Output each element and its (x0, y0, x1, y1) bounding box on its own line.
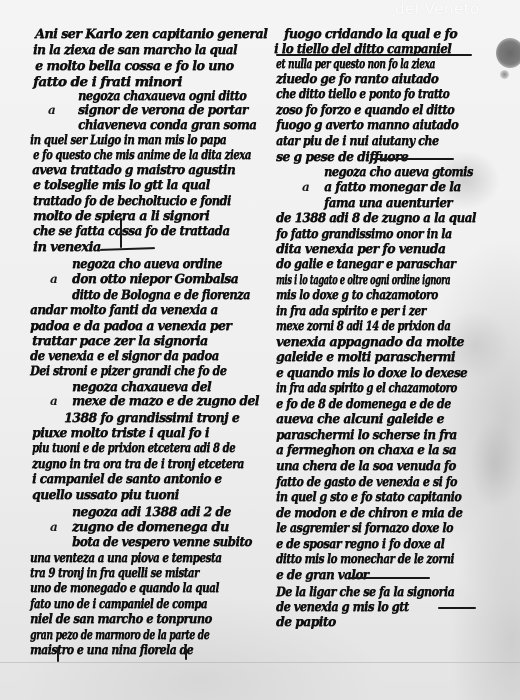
text-line: fama una auenturier (324, 196, 452, 212)
text-line: fuogo g averto manno aiutado (276, 118, 458, 134)
text-line: trattar pace zer la signoria (32, 334, 208, 350)
archive-watermark: del Veneto (395, 0, 480, 18)
text-line: e molto bella cossa e fo lo uno (35, 59, 233, 75)
text-line: i lo tiello del ditto campaniel (274, 42, 451, 58)
paragraph-marker: a (50, 520, 58, 534)
text-line: le asgremier si fornazo doxe lo (276, 521, 453, 537)
text-line: venexia appagnado da molte (276, 335, 464, 351)
text-line: chiaveneva conda gran soma (78, 118, 256, 134)
text-line: aveva trattado g maistro agustin (32, 163, 235, 179)
paragraph-marker: a (48, 103, 56, 117)
pen-stroke (57, 648, 59, 662)
text-line: in quel ser Luigo in man mis lo papa (30, 133, 226, 149)
text-line: paraschermi lo scherse in fra (276, 428, 457, 444)
text-line: atar piu de i nui aiutany che (276, 134, 439, 150)
rubric-line: negoza adi 1388 adi 2 de (72, 505, 231, 521)
text-line: padoa e da padoa a venexia per (30, 319, 231, 335)
text-line: piu tuoni e de prixion etcetera adi 8 de (32, 441, 235, 457)
text-line: mexe zorni 8 adi 14 de prixion da (276, 319, 450, 335)
text-line: galeide e molti paraschermi (276, 350, 455, 366)
text-line: do galie e tanegar e paraschar (276, 257, 455, 273)
rubric-line: negoza cho aueva gtomis (324, 165, 473, 181)
ink-blot (496, 38, 520, 68)
text-line: quello ussato piu tuoni (32, 488, 179, 504)
text-line: mis lo doxe g to chazamotoro (276, 288, 438, 304)
text-line: dita venexia per fo venuda (276, 242, 445, 258)
pen-stroke (120, 218, 122, 248)
text-line: i campaniel de santo antonio e (32, 472, 221, 488)
text-line: e fo questo che mis anime de la dita zie… (33, 148, 251, 164)
line-end-flourish (100, 247, 155, 251)
text-line: fatto de gasto de venexia e si fo (276, 475, 457, 491)
text-line: de venexia g mis lo gtt (276, 600, 409, 616)
line-end-flourish (438, 607, 476, 609)
text-line: de papito (276, 615, 336, 631)
text-line: e fo de 8 de domenega e de de (276, 397, 451, 413)
text-line: ditto mis lo monechar de le zorni (276, 552, 454, 568)
manuscript-page: del Veneto Ani ser Karlo zen capitanio g… (0, 0, 520, 700)
text-line: bota de vespero venne subito (72, 535, 252, 551)
text-line: in venexia (33, 240, 101, 256)
paragraph-marker: a (302, 180, 310, 194)
paper-stain (470, 420, 520, 510)
text-line: uno de monegado e quando la qual (30, 581, 219, 597)
text-line: gran pezo de marmoro de la parte de (30, 628, 209, 644)
text-line: e tolseglie mis lo gtt la qual (33, 178, 210, 194)
paragraph-marker: a (50, 272, 58, 286)
text-line: signor de verona de portar (78, 103, 248, 119)
text-line: de 1388 adi 8 de zugno a la qual (276, 211, 476, 227)
text-line: a fermeghon on chaxa e la sa (276, 443, 456, 459)
text-line: mexe de mazo e de zugno del (72, 394, 259, 410)
underline-stroke (276, 54, 472, 56)
ink-blot (500, 70, 509, 79)
text-line: don otto niepor Gombalsa (72, 272, 238, 288)
text-line: una chera de la soa venuda fo (276, 459, 456, 475)
text-line: tra 9 tronj in fra quelli se mistar (30, 566, 199, 582)
text-line: fato uno de i campaniel de compa (30, 597, 207, 613)
text-line: ziuedo ge fo ranto aiutado (276, 72, 438, 88)
text-line: aueva che alcuni galeide e (276, 412, 444, 428)
text-line: piuxe molto triste i qual fo i (32, 426, 209, 442)
text-line: andar molto fanti da venexia a (30, 303, 218, 319)
text-line: niel de san marcho e tonpruno (30, 612, 212, 628)
section-heading: Dei stroni e pizer grandi che fo de (30, 364, 226, 380)
text-line: de venexia e el signor da padoa (30, 349, 219, 365)
paragraph-marker: a (50, 394, 58, 408)
line-end-flourish (372, 158, 454, 160)
text-line: in fra ada spirito e per i zer (276, 304, 426, 320)
text-line: zoso fo forzo e quando el ditto (276, 103, 454, 119)
text-line: che ditto tiello e ponto fo tratto (276, 87, 449, 103)
text-line: fuogo cridando la qual e fo (284, 27, 457, 43)
line-end-flourish (350, 577, 430, 579)
text-line: in quel g sto e fo stato capitanio (276, 490, 461, 506)
text-line: a fatto monegar de la (324, 180, 461, 196)
pen-stroke (185, 648, 187, 660)
text-line: in fra ada spirito g el chazamotoro (276, 381, 457, 397)
text-line: una venteza a una piova e tempesta (30, 551, 221, 567)
rubric-line: negoza cho aueva ordine (72, 257, 222, 273)
text-line: zugno in tra ora tra de i tronj etcetera (32, 457, 244, 473)
text-line: maistro e una nina fiorela de (30, 643, 193, 659)
text-line: in la ziexa de san marcho la qual (33, 43, 237, 59)
text-line: e de gran valor (276, 568, 368, 584)
text-line: ditto de Bologna e de fiorenza (72, 288, 250, 304)
page-fold-line (0, 662, 520, 663)
text-line: trattado fo de becholtucio e fondi (33, 194, 231, 210)
text-line: et nulla per questo non fo la ziexa (276, 57, 435, 73)
section-heading: De la ligar che se fa la signoria (276, 585, 454, 601)
text-line: zugno de domenega du (72, 520, 229, 536)
text-line: Ani ser Karlo zen capitanio general (35, 27, 267, 43)
text-line: de modon e de chiron e mia de (276, 506, 462, 522)
text-line: che se fatta cossa fo de trattada (33, 224, 229, 240)
text-line: fo fatto grandissimo onor in la (276, 227, 452, 243)
text-line: e quando mis lo doxe lo dexese (276, 366, 467, 382)
text-line: mis i lo tagato e oltre ogni ordine igno… (276, 273, 450, 289)
text-line: 1388 fo grandissimi tronj e (64, 411, 239, 427)
text-line: e de sposar regno i fo doxe al (276, 537, 444, 553)
